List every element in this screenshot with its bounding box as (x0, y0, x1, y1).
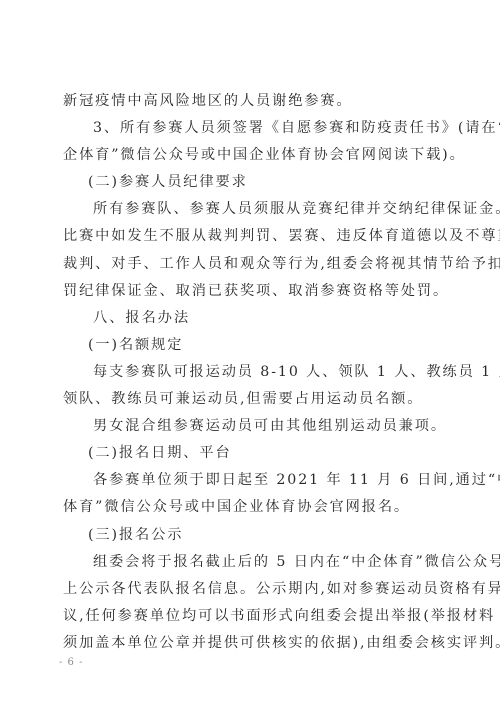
paragraph-line: 罚纪律保证金、取消已获奖项、取消参赛资格等处罚。 (63, 278, 437, 305)
paragraph-line: 上公示各代表队报名信息。公示期内,如对参赛运动员资格有异 (63, 576, 437, 603)
paragraph-line: 体育”微信公众号或中国企业体育协会官网报名。 (63, 494, 437, 521)
subsection-heading: (三)报名公示 (63, 522, 437, 549)
paragraph-line: 企体育”微信公众号或中国企业体育协会官网阅读下载)。 (63, 142, 437, 169)
paragraph-line: 领队、教练员可兼运动员,但需要占用运动员名额。 (63, 386, 437, 413)
document-page: 新冠疫情中高风险地区的人员谢绝参赛。 3、所有参赛人员须签署《自愿参赛和防疫责任… (0, 0, 500, 706)
paragraph-line: 各参赛单位须于即日起至 2021 年 11 月 6 日间,通过“中企 (63, 467, 437, 494)
section-heading: 八、报名办法 (63, 305, 437, 332)
paragraph-line: 男女混合组参赛运动员可由其他组别运动员兼项。 (63, 413, 437, 440)
document-body: 新冠疫情中高风险地区的人员谢绝参赛。 3、所有参赛人员须签署《自愿参赛和防疫责任… (63, 88, 437, 657)
page-number: - 6 - (59, 657, 83, 668)
paragraph-line: 须加盖本单位公章并提供可供核实的依据),由组委会核实评判。 (63, 630, 437, 657)
paragraph-line: 议,任何参赛单位均可以书面形式向组委会提出举报(举报材料 (63, 603, 437, 630)
paragraph-line: 每支参赛队可报运动员 8-10 人、领队 1 人、教练员 1 人。 (63, 359, 437, 386)
paragraph-line: 裁判、对手、工作人员和观众等行为,组委会将视其情节给予扣 (63, 251, 437, 278)
paragraph-line: 3、所有参赛人员须签署《自愿参赛和防疫责任书》(请在“中 (63, 115, 437, 142)
paragraph-line: 所有参赛队、参赛人员须服从竞赛纪律并交纳纪律保证金。 (63, 196, 437, 223)
paragraph-line: 比赛中如发生不服从裁判判罚、罢赛、违反体育道德以及不尊重 (63, 223, 437, 250)
paragraph-line: 组委会将于报名截止后的 5 日内在“中企体育”微信公众号 (63, 549, 437, 576)
subsection-heading: (一)名额规定 (63, 332, 437, 359)
subsection-heading: (二)参赛人员纪律要求 (63, 169, 437, 196)
paragraph-line: 新冠疫情中高风险地区的人员谢绝参赛。 (63, 88, 437, 115)
subsection-heading: (二)报名日期、平台 (63, 440, 437, 467)
